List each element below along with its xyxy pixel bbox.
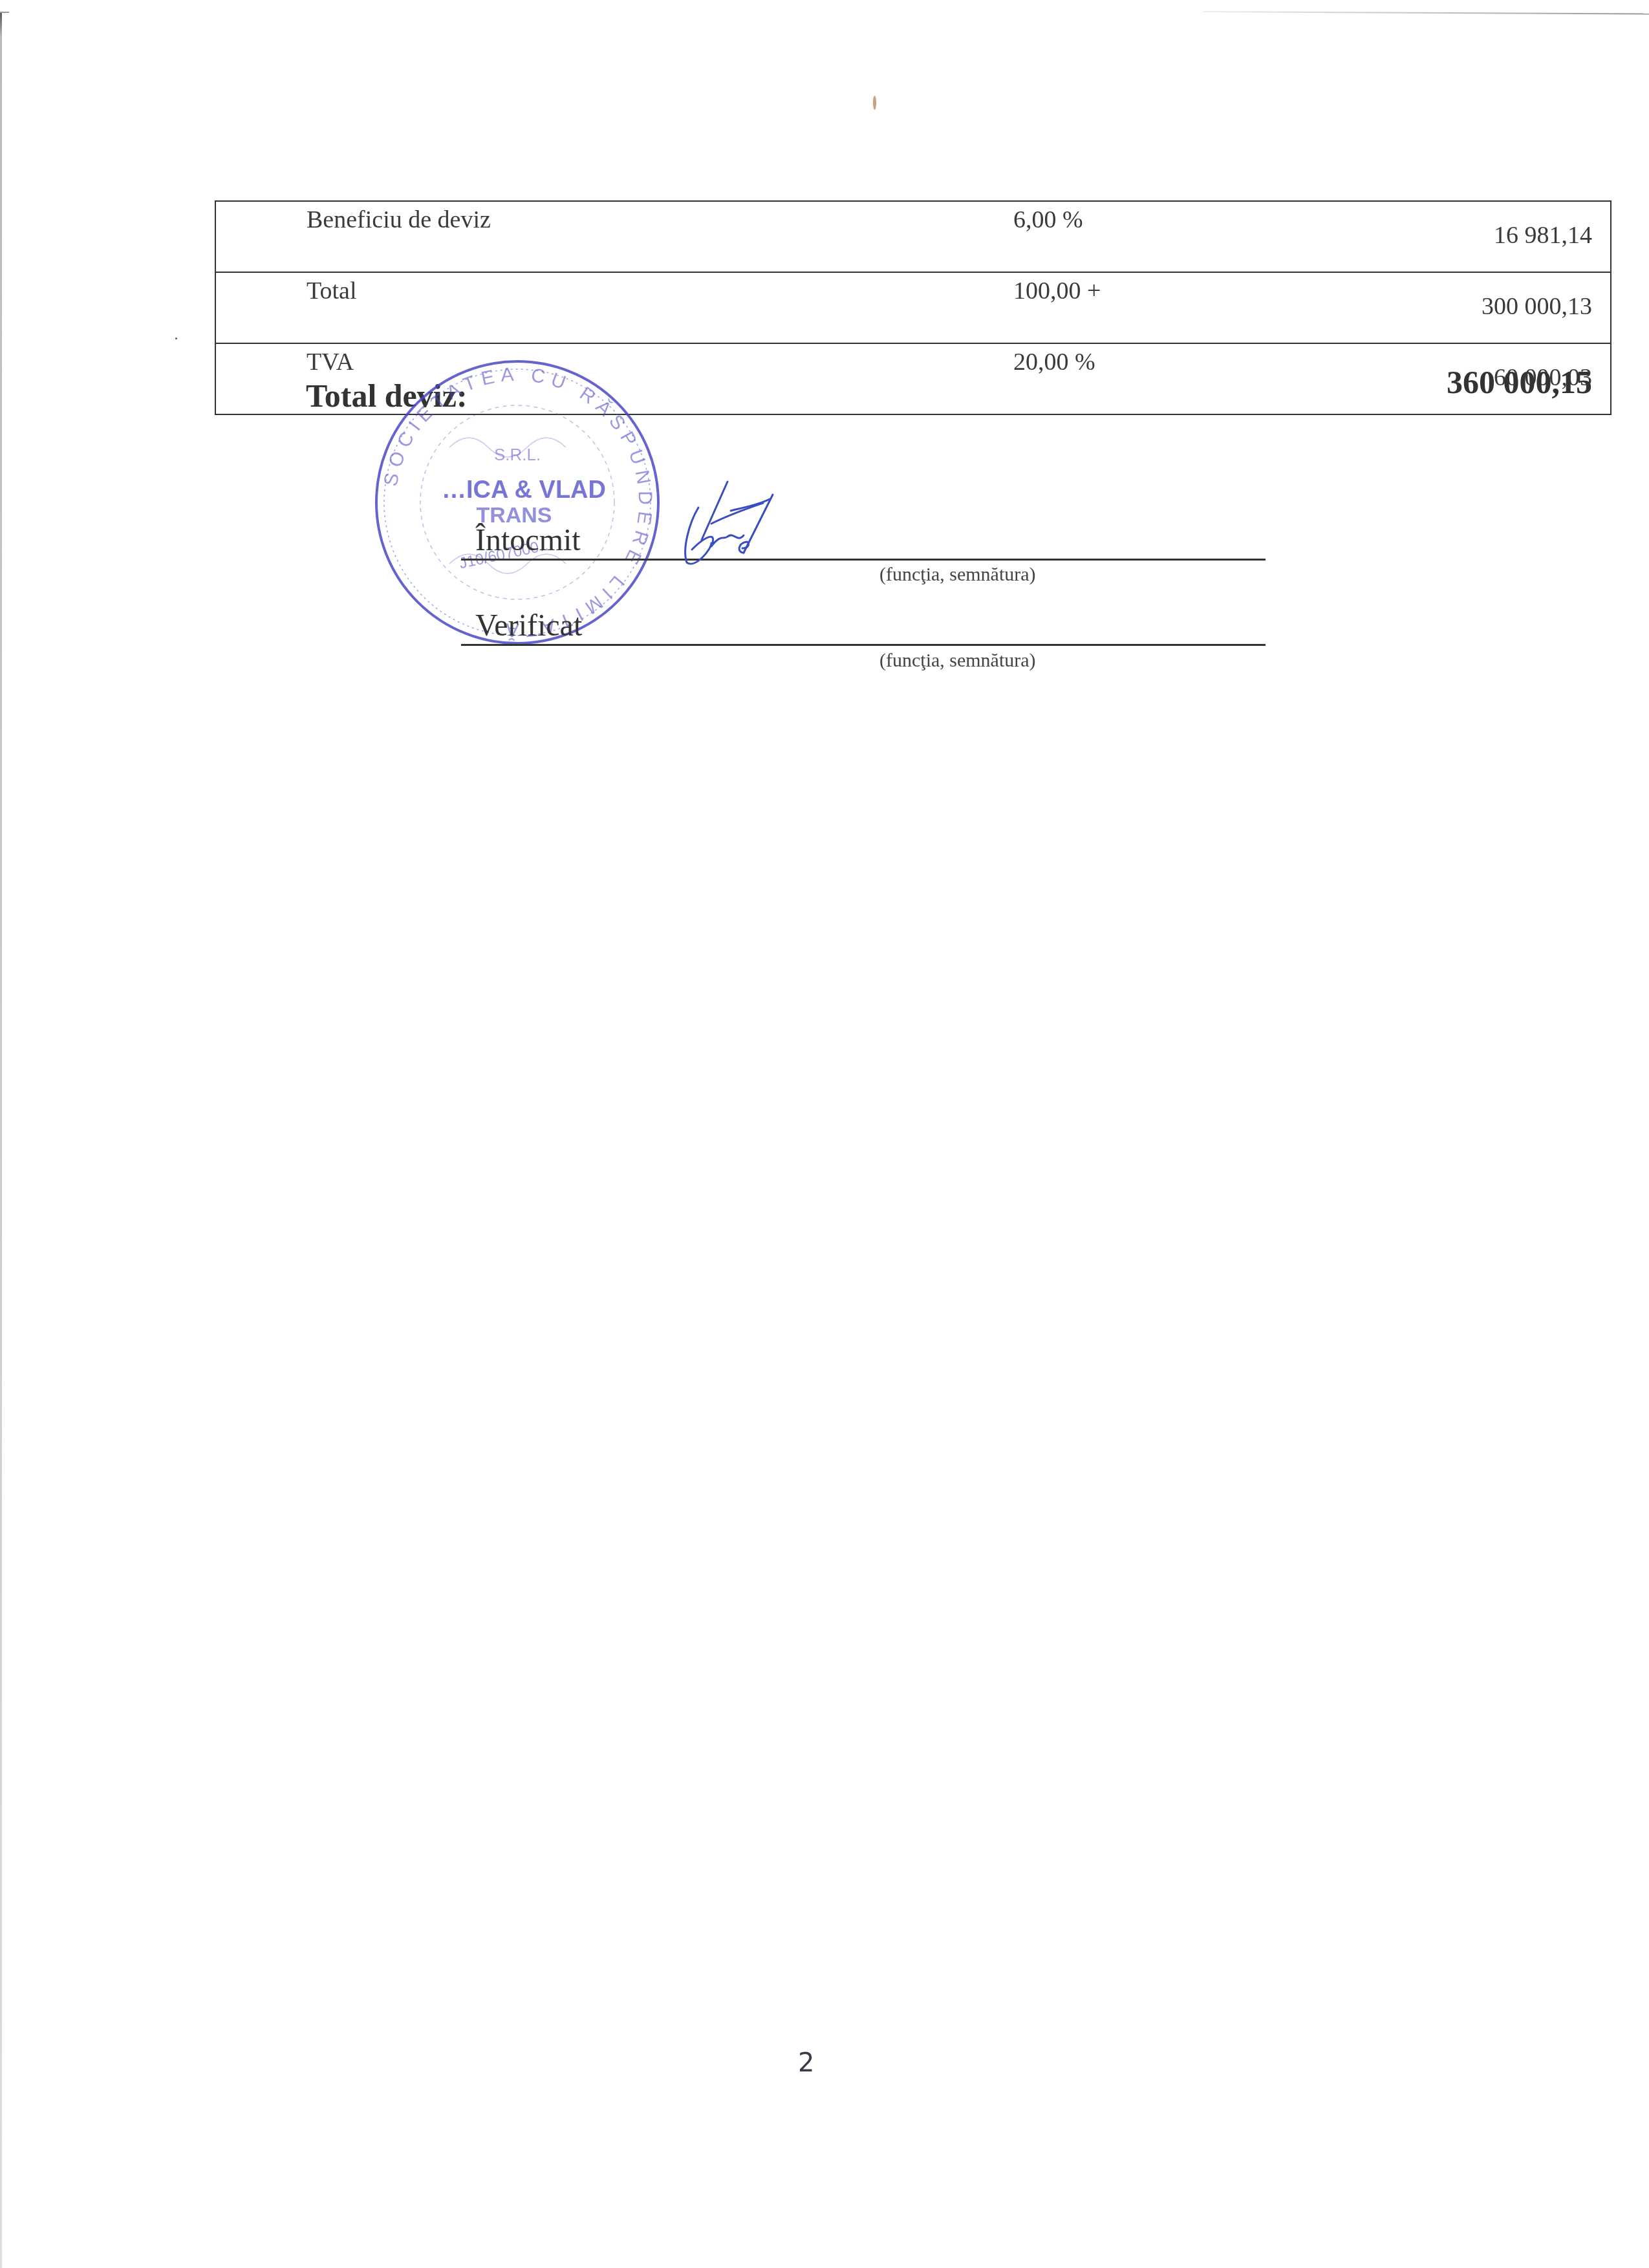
page-number: 2 — [798, 2048, 814, 2078]
handwritten-signature-icon — [673, 472, 867, 569]
scan-edge — [0, 12, 9, 13]
row-value: 16 981,14 — [1401, 201, 1611, 272]
row-percent: 20,00 % — [1013, 343, 1401, 414]
svg-text:…ICA & VLAD: …ICA & VLAD — [442, 476, 606, 504]
table-row: Total 100,00 + 300 000,13 — [215, 272, 1611, 343]
prepared-by-label: Întocmit — [475, 522, 581, 558]
row-percent: 6,00 % — [1013, 201, 1401, 272]
company-stamp-icon: SOCIETATEA CU RĂSPUNDERE LIMITATĂ S.R.L.… — [372, 357, 663, 648]
total-deviz-value: 360 000,15 — [1398, 363, 1592, 401]
verified-by-signature-line — [461, 644, 1266, 646]
prepared-by-caption: (funcţia, semnătura) — [879, 564, 1036, 586]
row-percent: 100,00 + — [1013, 272, 1401, 343]
scan-edge — [1203, 11, 1649, 15]
row-value: 300 000,13 — [1401, 272, 1611, 343]
scan-speck — [175, 337, 177, 339]
scan-speck — [873, 96, 876, 110]
scan-edge — [0, 12, 2, 2268]
verified-by-caption: (funcţia, semnătura) — [879, 650, 1036, 672]
row-label: Beneficiu de deviz — [215, 201, 1013, 272]
svg-text:S.R.L.: S.R.L. — [494, 445, 541, 464]
row-label: Total — [215, 272, 1013, 343]
table-row: Beneficiu de deviz 6,00 % 16 981,14 — [215, 201, 1611, 272]
verified-by-label: Verificat — [475, 608, 582, 643]
